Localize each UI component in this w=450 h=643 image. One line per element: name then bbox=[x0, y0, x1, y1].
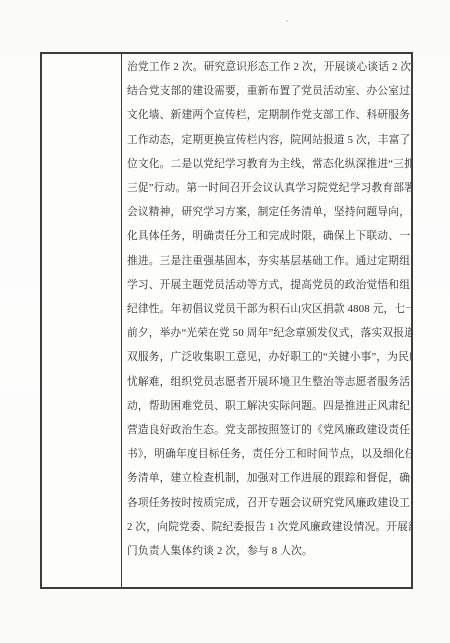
table-label-cell bbox=[42, 54, 122, 587]
text-line: 门负责人集体约谈 2 次，参与 8 人次。 bbox=[127, 539, 408, 563]
text-line: 动，帮助困难党员、职工解决实际问题。四是推进正风肃纪， bbox=[127, 394, 408, 418]
text-line: 务清单，建立检查机制，加强对工作进展的跟踪和督促，确保 bbox=[127, 466, 408, 490]
table-content-cell: 治党工作 2 次。研究意识形态工作 2 次，开展谈心谈话 2 次， 结合党支部的… bbox=[122, 54, 411, 587]
text-line: 位文化。二是以党纪学习教育为主线，常态化纵深推进“三抓 bbox=[127, 152, 408, 176]
scanned-document-page: 治党工作 2 次。研究意识形态工作 2 次，开展谈心谈话 2 次， 结合党支部的… bbox=[0, 0, 450, 643]
report-table: 治党工作 2 次。研究意识形态工作 2 次，开展谈心谈话 2 次， 结合党支部的… bbox=[40, 52, 413, 589]
text-line: 双服务，广泛收集职工意见，办好职工的“关键小事”，为民解 bbox=[127, 345, 408, 369]
text-line: 工作动态，定期更换宣传栏内容，院网站报道 5 次，丰富了单 bbox=[127, 128, 408, 152]
text-line: 书》，明确年度目标任务，责任分工和时间节点，以及细化任 bbox=[127, 442, 408, 466]
text-line: 各项任务按时按质完成，召开专题会议研究党风廉政建设工作 bbox=[127, 491, 408, 515]
text-line: 推进。三是注重强基固本，夯实基层基础工作。通过定期组织 bbox=[127, 249, 408, 273]
text-line: 化具体任务，明确责任分工和完成时限，确保上下联动、一体 bbox=[127, 224, 408, 248]
text-line: 纪律性。年初倡议党员干部为积石山灾区捐款 4808 元，七一 bbox=[127, 297, 408, 321]
text-line: 忧解难，组织党员志愿者开展环境卫生整治等志愿者服务活 bbox=[127, 370, 408, 394]
text-line: 前夕，举办“光荣在党 50 周年”纪念章颁发仪式，落实双报道 bbox=[127, 321, 408, 345]
text-line: 会议精神，研究学习方案，制定任务清单，坚持问题导向，细 bbox=[127, 200, 408, 224]
text-line: 治党工作 2 次。研究意识形态工作 2 次，开展谈心谈话 2 次， bbox=[127, 55, 408, 79]
text-line: 文化墙、新建两个宣传栏，定期制作党支部工作、科研服务等 bbox=[127, 103, 408, 127]
text-line: 三促”行动。第一时间召开会议认真学习院党纪学习教育部署 bbox=[127, 176, 408, 200]
text-line: 学习、开展主题党员活动等方式，提高党员的政治觉悟和组织 bbox=[127, 273, 408, 297]
text-line: 结合党支部的建设需要，重新布置了党员活动室、办公室过道 bbox=[127, 79, 408, 103]
text-line: 营造良好政治生态。党支部按照签订的《党风廉政建设责任 bbox=[127, 418, 408, 442]
text-line: 2 次，向院党委、院纪委报告 1 次党风廉政建设情况。开展部 bbox=[127, 515, 408, 539]
scan-artifact-speck bbox=[286, 20, 288, 22]
